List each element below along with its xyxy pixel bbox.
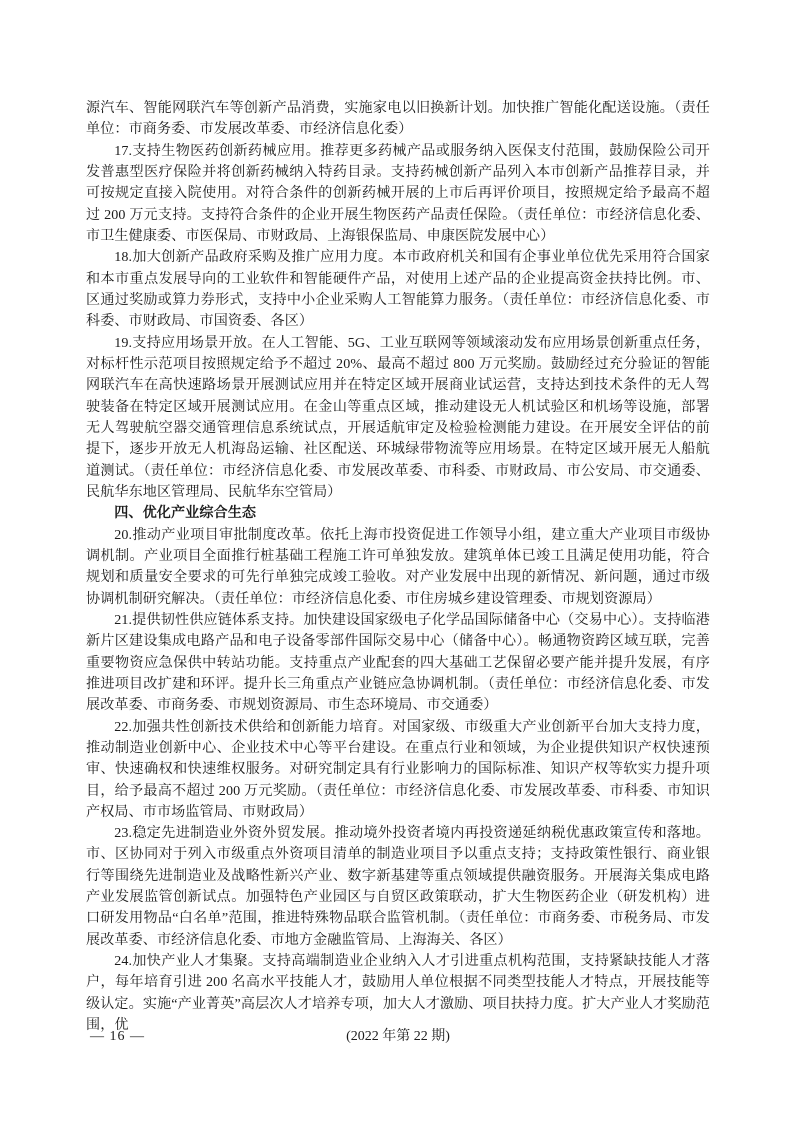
page-number: — 16 — bbox=[90, 1026, 145, 1048]
paragraph-item-24: 24.加快产业人才集聚。支持高端制造业企业纳入人才引进重点机构范围，支持紧缺技能… bbox=[86, 951, 710, 1036]
document-body: 源汽车、智能网联汽车等创新产品消费，实施家电以旧换新计划。加快推广智能化配送设施… bbox=[86, 98, 710, 1036]
paragraph-continuation: 源汽车、智能网联汽车等创新产品消费，实施家电以旧换新计划。加快推广智能化配送设施… bbox=[86, 98, 710, 141]
paragraph-item-20: 20.推动产业项目审批制度改革。依托上海市投资促进工作领导小组，建立重大产业项目… bbox=[86, 525, 710, 610]
paragraph-item-21: 21.提供韧性供应链体系支持。加快建设国家级电子化学品国际储备中心（交易中心）。… bbox=[86, 610, 710, 717]
page-footer: (2022 年第 22 期) — 16 — bbox=[86, 1026, 710, 1048]
paragraph-item-22: 22.加强共性创新技术供给和创新能力培育。对国家级、市级重大产业创新平台加大支持… bbox=[86, 717, 710, 824]
paragraph-item-19: 19.支持应用场景开放。在人工智能、5G、工业互联网等领域滚动发布应用场景创新重… bbox=[86, 333, 710, 504]
paragraph-item-23: 23.稳定先进制造业外资外贸发展。推动境外投资者境内再投资递延纳税优惠政策宣传和… bbox=[86, 823, 710, 951]
document-page: 源汽车、智能网联汽车等创新产品消费，实施家电以旧换新计划。加快推广智能化配送设施… bbox=[0, 0, 793, 1122]
issue-label: (2022 年第 22 期) bbox=[86, 1026, 710, 1048]
paragraph-item-17: 17.支持生物医药创新药械应用。推荐更多药械产品或服务纳入医保支付范围，鼓励保险… bbox=[86, 141, 710, 248]
paragraph-item-18: 18.加大创新产品政府采购及推广应用力度。本市政府机关和国有企事业单位优先采用符… bbox=[86, 247, 710, 332]
section-heading-4: 四、优化产业综合生态 bbox=[86, 503, 710, 524]
